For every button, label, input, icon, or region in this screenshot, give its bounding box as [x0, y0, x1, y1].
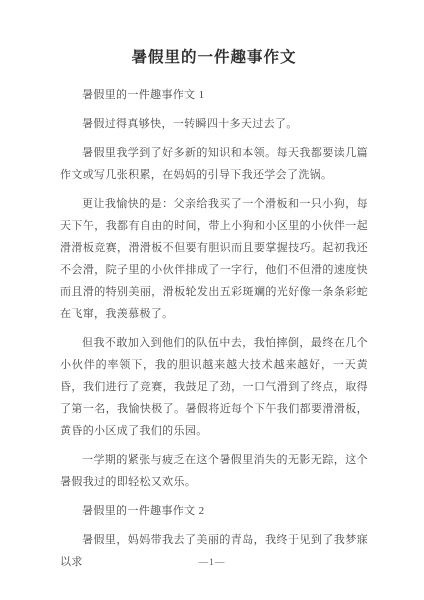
paragraph-section-heading-1: 暑假里的一件趣事作文 1: [60, 84, 368, 106]
paragraph: 但我不敢加入到他们的队伍中去，我怕摔倒，最终在几个小伙伴的率领下，我的胆识越来越…: [60, 332, 368, 442]
page-number: —1—: [0, 558, 424, 568]
paragraph: 一学期的紧张与疲乏在这个暑假里消失的无影无踪，这个暑假我过的即轻松又欢乐。: [60, 449, 368, 493]
paragraph: 暑假过得真够快，一转瞬四十多天过去了。: [60, 113, 368, 135]
paragraph: 暑假里我学到了好多新的知识和本领。每天我都要读几篇作文或写几张积累，在妈妈的引导…: [60, 142, 368, 186]
paragraph: 更让我愉快的是：父亲给我买了一个滑板和一只小狗，每天下午，我都有自由的时间，带上…: [60, 193, 368, 325]
paragraph-section-heading-2: 暑假里的一件趣事作文 2: [60, 500, 368, 522]
essay-body: 暑假里的一件趣事作文 1 暑假过得真够快，一转瞬四十多天过去了。 暑假里我学到了…: [60, 84, 368, 573]
essay-title: 暑假里的一件趣事作文: [60, 48, 368, 68]
document-page: 暑假里的一件趣事作文 暑假里的一件趣事作文 1 暑假过得真够快，一转瞬四十多天过…: [0, 0, 424, 600]
